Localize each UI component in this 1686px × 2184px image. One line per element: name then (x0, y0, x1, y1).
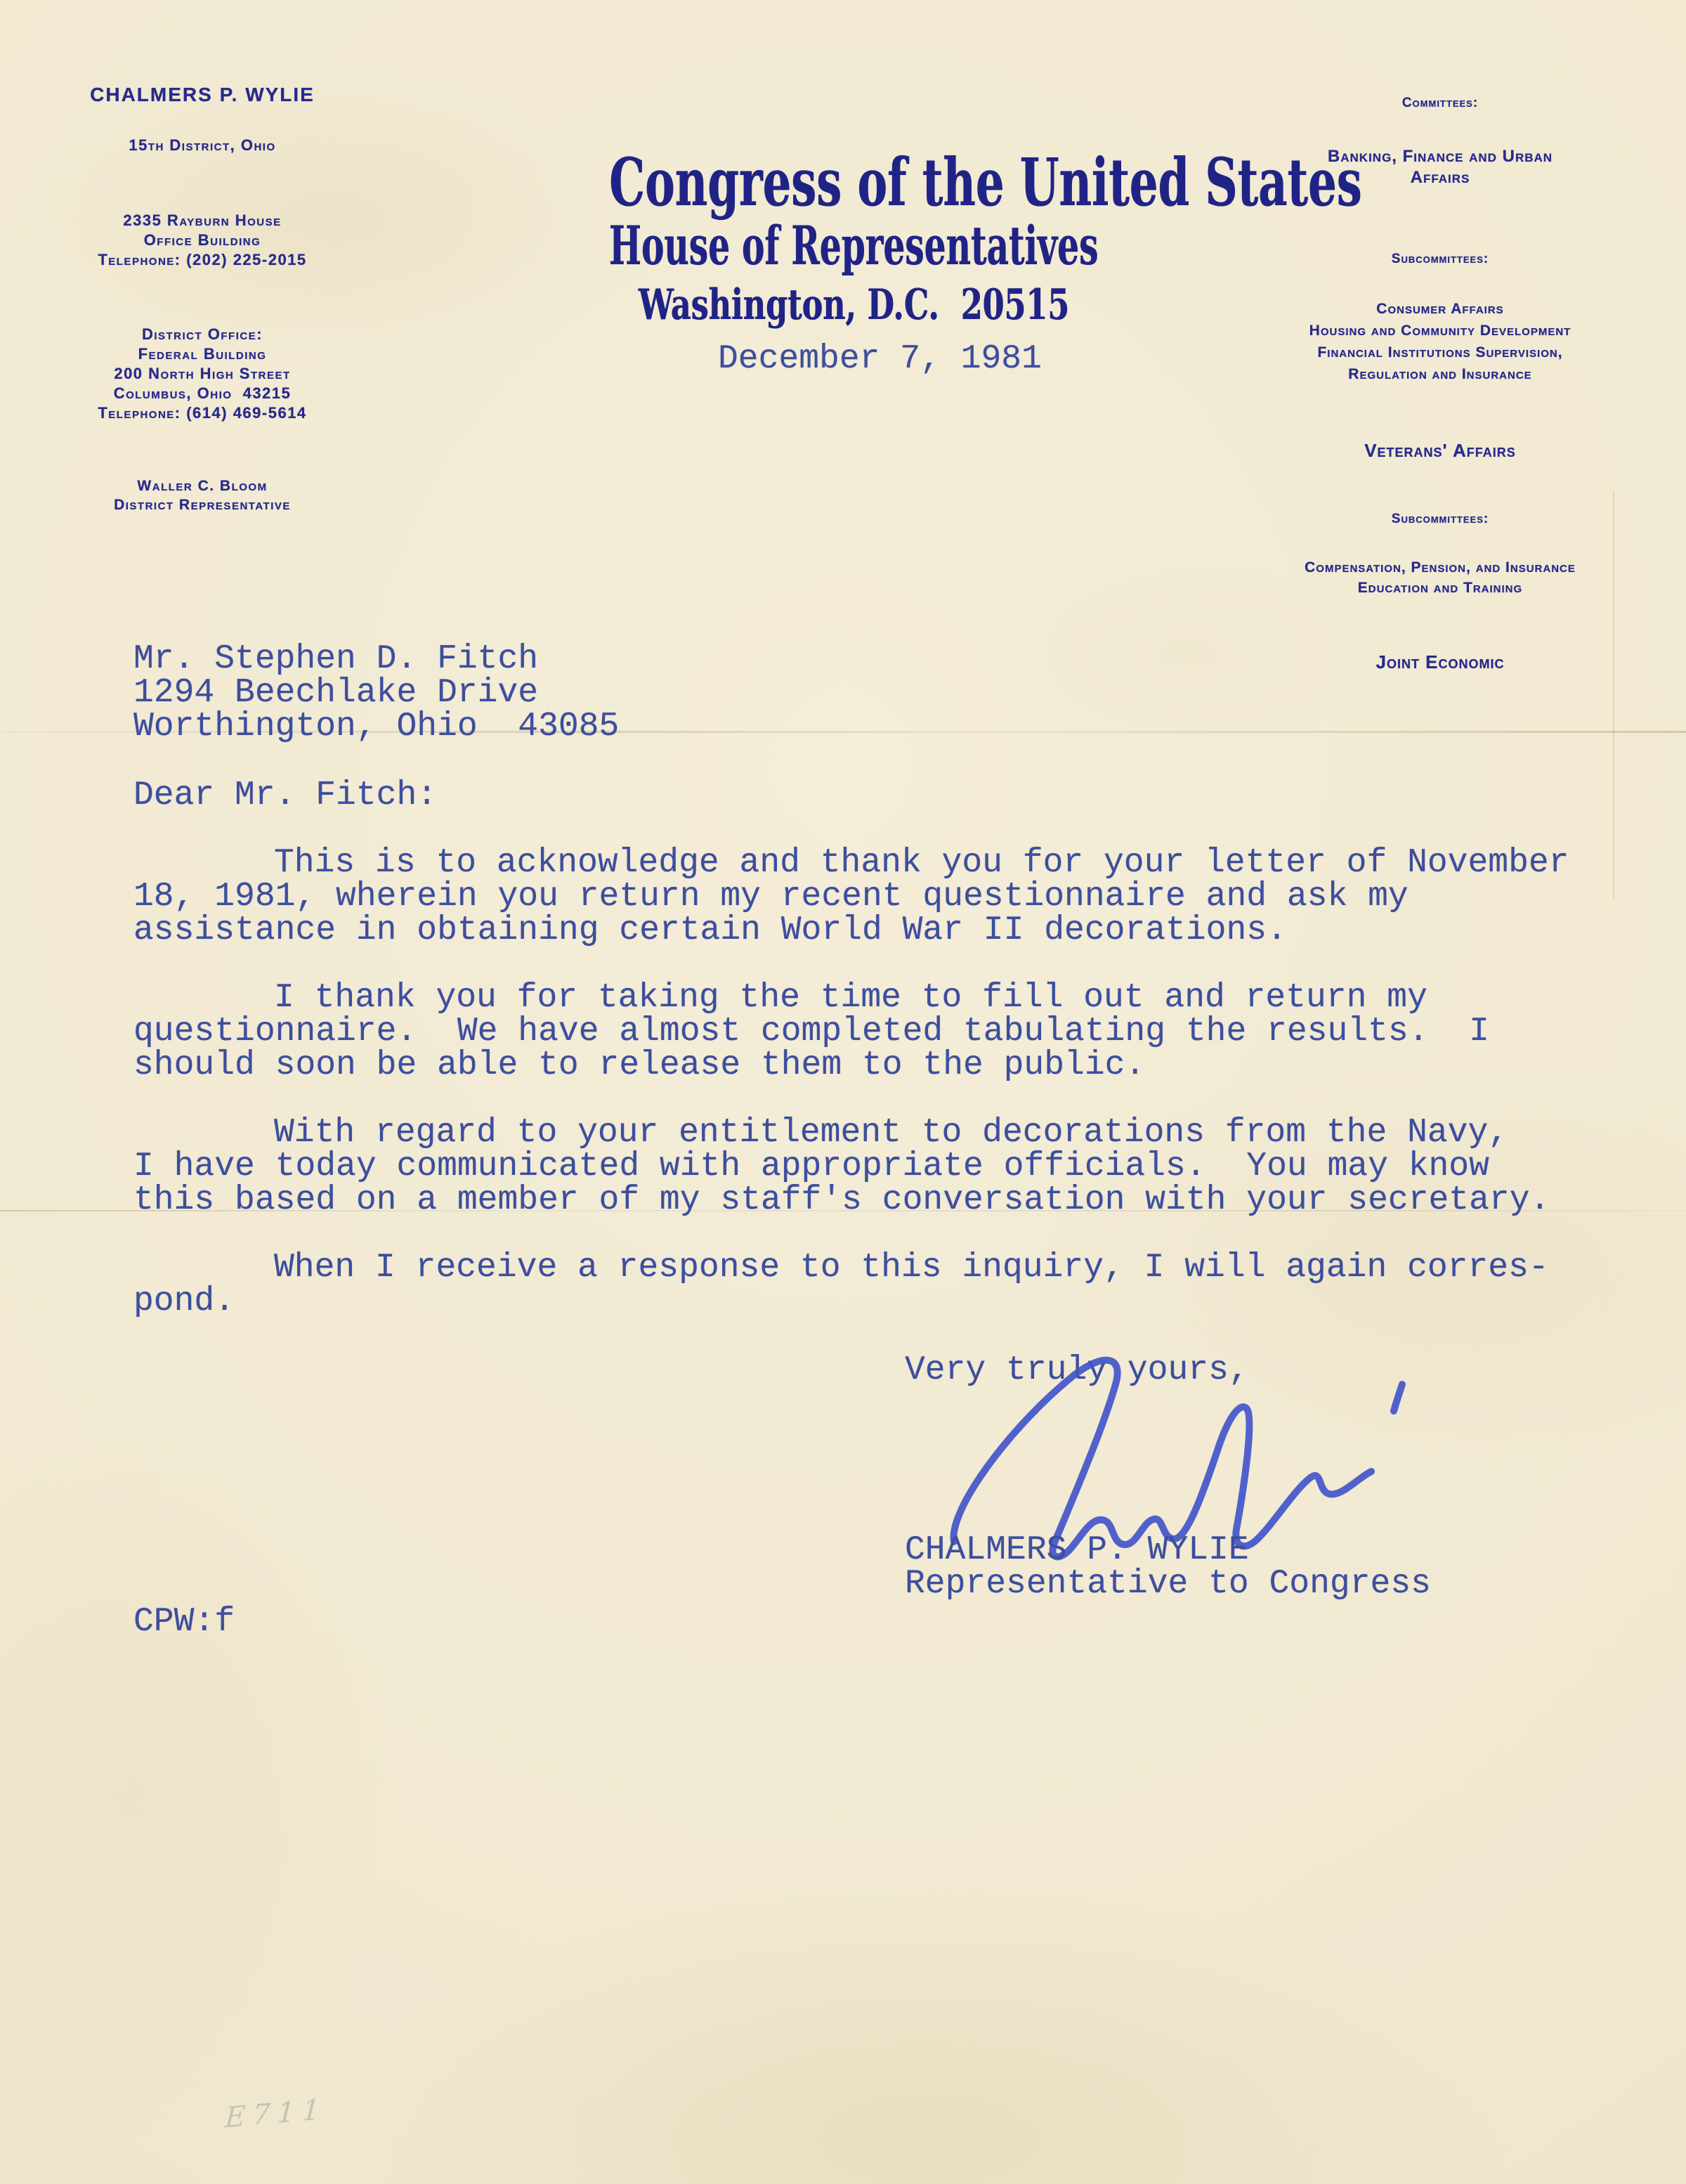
body-paragraph: When I receive a response to this inquir… (133, 1251, 1549, 1318)
body-paragraph: With regard to your entitlement to decor… (133, 1116, 1550, 1217)
text-line: Regulation and Insurance (1194, 363, 1686, 385)
text-line: Federal Building (27, 344, 378, 364)
house-masthead-text: House of Representatives (609, 219, 1099, 273)
text-line: Banking, Finance and Urban (1194, 146, 1686, 167)
subcommittees-label-2: Subcommittees: (1194, 512, 1686, 527)
committees-label: Committees: (1194, 96, 1686, 111)
text-line: Telephone: (614) 469-5614 (27, 403, 378, 423)
dc-office-address: 2335 Rayburn HouseOffice BuildingTelepho… (27, 211, 378, 270)
text-line: When I receive a response to this inquir… (133, 1251, 1549, 1285)
text-line: Financial Institutions Supervision, (1194, 342, 1686, 363)
text-line: 18, 1981, wherein you return my recent q… (133, 880, 1569, 914)
text-line: This is to acknowledge and thank you for… (133, 846, 1569, 880)
subcommittees-label-1: Subcommittees: (1194, 252, 1686, 267)
text-line: I have today communicated with appropria… (133, 1150, 1550, 1183)
letter-date: December 7, 1981 (718, 342, 1042, 376)
text-line: District Representative (27, 495, 378, 514)
letterhead-right-column: Committees: Banking, Finance and UrbanAf… (1194, 70, 1686, 698)
text-line: Telephone: (202) 225-2015 (27, 250, 378, 270)
text-line: Waller C. Bloom (27, 476, 378, 495)
text-line: Worthington, Ohio 43085 (133, 710, 619, 743)
committee-joint-economic: Joint Economic (1194, 651, 1686, 672)
text-line: District Office: (27, 325, 378, 344)
banking-subcommittees-list: Consumer AffairsHousing and Community De… (1194, 298, 1686, 385)
text-line: Housing and Community Development (1194, 320, 1686, 342)
text-line: 1294 Beechlake Drive (133, 676, 619, 710)
text-line: Affairs (1194, 167, 1686, 188)
text-line: With regard to your entitlement to decor… (133, 1116, 1550, 1150)
signer-title: Representative to Congress (905, 1567, 1431, 1601)
pencil-annotation: E711 (224, 2093, 327, 2134)
letterhead-left-column: CHALMERS P. WYLIE 15th District, Ohio 23… (27, 58, 378, 540)
washington-masthead-line: Washington, D.C. 20515 (432, 284, 1275, 326)
veterans-subcommittees-list: Compensation, Pension, and InsuranceEduc… (1194, 557, 1686, 598)
text-line: Consumer Affairs (1194, 298, 1686, 320)
text-line: I thank you for taking the time to fill … (133, 981, 1489, 1015)
signer-name: CHALMERS P. WYLIE (905, 1533, 1249, 1567)
salutation: Dear Mr. Fitch: (133, 779, 437, 812)
body-paragraph: I thank you for taking the time to fill … (133, 981, 1489, 1082)
member-district: 15th District, Ohio (27, 136, 378, 155)
text-line: this based on a member of my staff's con… (133, 1183, 1550, 1217)
text-line: Office Building (27, 230, 378, 250)
washington-masthead-text: Washington, D.C. 20515 (638, 284, 1069, 326)
signature-stroke (954, 1360, 1402, 1557)
district-representative-block: Waller C. BloomDistrict Representative (27, 476, 378, 514)
text-line: should soon be able to release them to t… (133, 1048, 1489, 1082)
house-masthead-line: House of Representatives (432, 219, 1275, 273)
congress-masthead-line: Congress of the United States (432, 150, 1275, 216)
text-line: pond. (133, 1285, 1549, 1318)
district-office-address: District Office:Federal Building200 Nort… (27, 325, 378, 423)
text-line: 2335 Rayburn House (27, 211, 378, 230)
typist-reference: CPW:f (133, 1605, 235, 1639)
text-line: 200 North High Street (27, 364, 378, 384)
text-line: Mr. Stephen D. Fitch (133, 642, 619, 676)
text-line: Education and Training (1194, 578, 1686, 598)
recipient-address: Mr. Stephen D. Fitch1294 Beechlake Drive… (133, 642, 619, 743)
body-paragraph: This is to acknowledge and thank you for… (133, 846, 1569, 947)
text-line: Columbus, Ohio 43215 (27, 384, 378, 403)
member-name: CHALMERS P. WYLIE (27, 83, 378, 107)
text-line: assistance in obtaining certain World Wa… (133, 914, 1569, 947)
text-line: Compensation, Pension, and Insurance (1194, 557, 1686, 578)
text-line: questionnaire. We have almost completed … (133, 1015, 1489, 1048)
committee-banking-finance: Banking, Finance and UrbanAffairs (1194, 146, 1686, 188)
scanned-letter-page: CHALMERS P. WYLIE 15th District, Ohio 23… (0, 0, 1686, 2184)
committee-veterans-affairs: Veterans' Affairs (1194, 440, 1686, 461)
